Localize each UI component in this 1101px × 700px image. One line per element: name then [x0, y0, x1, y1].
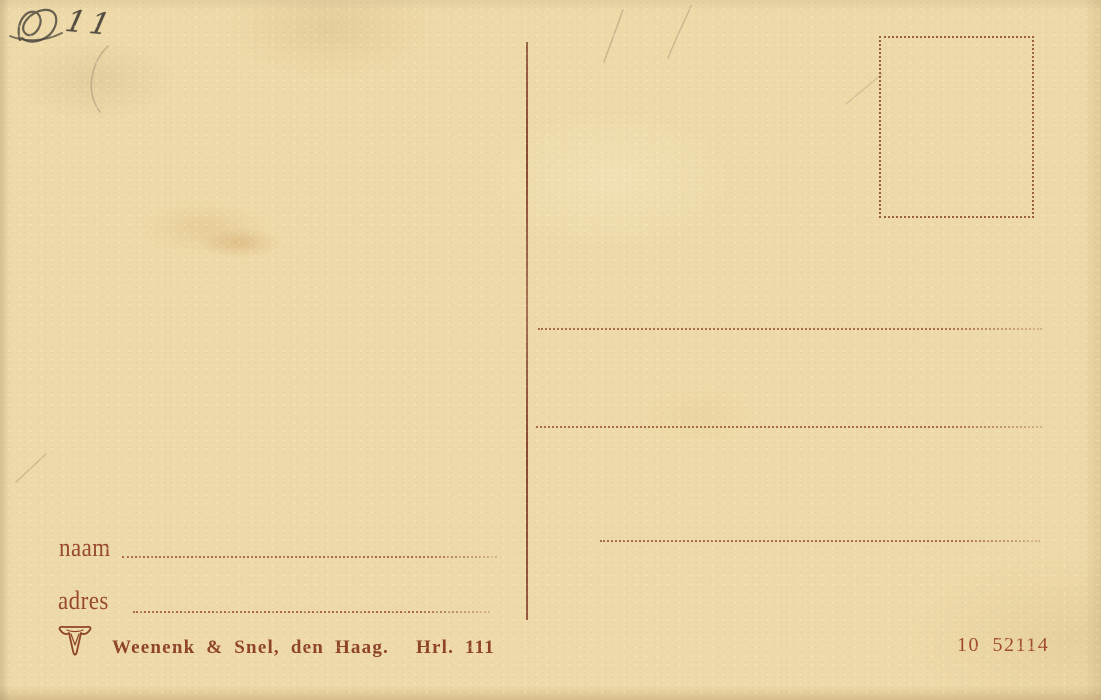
pencil-slash	[846, 74, 882, 104]
pencil-scribble	[19, 10, 57, 42]
address-dotted-line-3	[600, 540, 1040, 542]
address-label: adres	[58, 588, 109, 614]
center-divider-line	[526, 42, 528, 620]
postcard-back: 11 naam adres Weenenk & Snel, den Haag. …	[0, 0, 1101, 700]
stamp-box	[879, 36, 1034, 218]
name-label: naam	[59, 535, 111, 561]
address-dotted-line-2	[536, 426, 1042, 428]
handwritten-number: 11	[62, 4, 118, 43]
address-dotted-line-1	[538, 328, 1042, 330]
pencil-slash	[604, 10, 623, 62]
publisher-imprint: Weenenk & Snel, den Haag. Hrl. 111	[112, 637, 495, 659]
publisher-name: Weenenk & Snel, den Haag.	[112, 637, 389, 659]
pencil-scribble-stroke	[10, 33, 62, 40]
publisher-logo-icon	[58, 625, 92, 661]
publisher-series-number: Hrl. 111	[416, 637, 495, 659]
address-dotted-line	[133, 611, 490, 613]
name-dotted-line	[122, 556, 497, 558]
pencil-curve	[91, 46, 108, 112]
pencil-slash	[668, 6, 691, 58]
serial-number: 10 52114	[957, 634, 1049, 657]
pencil-scratch	[16, 454, 46, 482]
